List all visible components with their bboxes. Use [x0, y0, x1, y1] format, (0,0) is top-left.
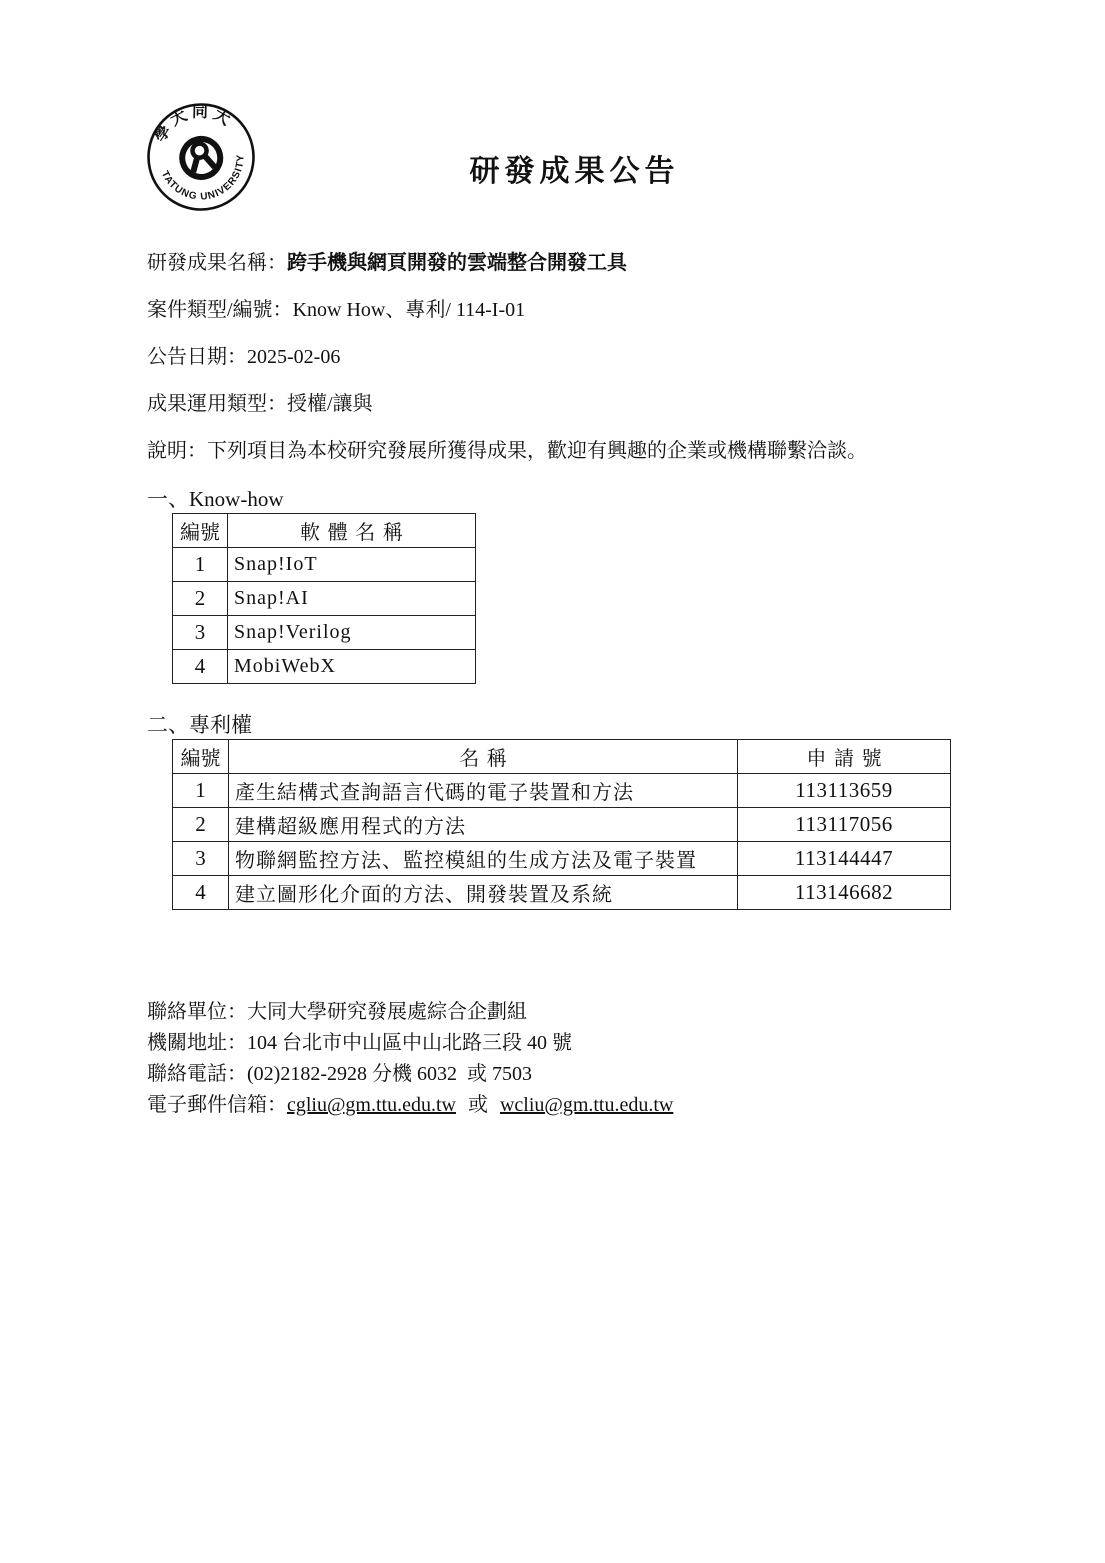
- email-link-cgliu[interactable]: cgliu@gm.ttu.edu.tw: [287, 1094, 456, 1116]
- knowhow-table: 編號 軟體名稱 1 Snap!IoT 2 Snap!AI 3 Snap!Veri…: [172, 513, 476, 684]
- patent-appno-cell: 113144447: [738, 842, 951, 876]
- note-line: 說明：下列項目為本校研究發展所獲得成果，歡迎有興趣的企業或機構聯繫洽談。: [147, 440, 958, 462]
- knowhow-id-cell: 4: [173, 650, 228, 684]
- usage-type-label: 成果運用類型：: [147, 393, 287, 415]
- page-title: 研發成果公告: [22, 153, 1105, 191]
- contact-email-line: 電子郵件信箱：cgliu@gm.ttu.edu.tw或wcliu@gm.ttu.…: [147, 1090, 958, 1121]
- knowhow-name-cell: Snap!Verilog: [228, 616, 476, 650]
- contact-address-line: 機關地址：104 台北市中山區中山北路三段 40 號: [147, 1028, 958, 1059]
- knowhow-name-cell: Snap!AI: [228, 582, 476, 616]
- knowhow-id-cell: 3: [173, 616, 228, 650]
- email-separator: 或: [468, 1094, 488, 1116]
- result-name-label: 研發成果名稱：: [147, 252, 287, 274]
- result-name-value: 跨手機與網頁開發的雲端整合開發工具: [287, 252, 627, 274]
- case-type-value: Know How、專利/ 114-I-01: [293, 299, 526, 321]
- contact-phone-line: 聯絡電話：(02)2182-2928 分機 6032 或 7503: [147, 1059, 958, 1090]
- contact-unit-value: 大同大學研究發展處綜合企劃組: [247, 1001, 527, 1023]
- knowhow-id-cell: 2: [173, 582, 228, 616]
- knowhow-col-name-header: 軟體名稱: [228, 514, 476, 548]
- case-type-line: 案件類型/編號：Know How、專利/ 114-I-01: [147, 299, 958, 321]
- note-label: 說明：: [147, 440, 207, 462]
- table-row: 4 MobiWebX: [173, 650, 476, 684]
- table-row: 1 Snap!IoT: [173, 548, 476, 582]
- knowhow-id-cell: 1: [173, 548, 228, 582]
- patent-name-cell: 物聯網監控方法、監控模組的生成方法及電子裝置: [229, 842, 738, 876]
- knowhow-name-cell: Snap!IoT: [228, 548, 476, 582]
- knowhow-col-id-header: 編號: [173, 514, 228, 548]
- note-value: 下列項目為本校研究發展所獲得成果，歡迎有興趣的企業或機構聯繫洽談。: [207, 440, 867, 462]
- patents-col-appno-header: 申請號: [738, 740, 951, 774]
- announce-date-line: 公告日期：2025-02-06: [147, 346, 958, 368]
- patent-appno-cell: 113113659: [738, 774, 951, 808]
- patent-name-cell: 建構超級應用程式的方法: [229, 808, 738, 842]
- table-row: 3 Snap!Verilog: [173, 616, 476, 650]
- table-row: 2 Snap!AI: [173, 582, 476, 616]
- table-row: 1 產生結構式查詢語言代碼的電子裝置和方法 113113659: [173, 774, 951, 808]
- contact-email-label: 電子郵件信箱：: [147, 1094, 287, 1116]
- patent-appno-cell: 113117056: [738, 808, 951, 842]
- patents-section-heading: 二、專利權: [147, 713, 958, 737]
- patents-col-id-header: 編號: [173, 740, 229, 774]
- knowhow-section-heading: 一、Know-how: [147, 487, 958, 511]
- contact-block: 聯絡單位：大同大學研究發展處綜合企劃組 機關地址：104 台北市中山區中山北路三…: [147, 997, 958, 1121]
- email-link-wcliu[interactable]: wcliu@gm.ttu.edu.tw: [500, 1094, 673, 1116]
- patent-appno-cell: 113146682: [738, 876, 951, 910]
- case-type-label: 案件類型/編號：: [147, 299, 293, 321]
- usage-type-line: 成果運用類型：授權/讓與: [147, 393, 958, 415]
- table-row: 2 建構超級應用程式的方法 113117056: [173, 808, 951, 842]
- patent-id-cell: 1: [173, 774, 229, 808]
- contact-address-value: 104 台北市中山區中山北路三段 40 號: [247, 1032, 572, 1054]
- announce-date-value: 2025-02-06: [247, 346, 340, 368]
- knowhow-header-row: 編號 軟體名稱: [173, 514, 476, 548]
- patent-name-cell: 產生結構式查詢語言代碼的電子裝置和方法: [229, 774, 738, 808]
- patents-header-row: 編號 名稱 申請號: [173, 740, 951, 774]
- patent-id-cell: 3: [173, 842, 229, 876]
- patents-table: 編號 名稱 申請號 1 產生結構式查詢語言代碼的電子裝置和方法 11311365…: [172, 739, 951, 910]
- contact-address-label: 機關地址：: [147, 1032, 247, 1054]
- patent-name-cell: 建立圖形化介面的方法、開發裝置及系統: [229, 876, 738, 910]
- document-header: 學大同大 TATUNG UNIVERSITY 研發成果公告: [0, 0, 1105, 240]
- result-name-line: 研發成果名稱：跨手機與網頁開發的雲端整合開發工具: [147, 252, 958, 274]
- contact-phone-label: 聯絡電話：: [147, 1063, 247, 1085]
- patent-id-cell: 2: [173, 808, 229, 842]
- table-row: 4 建立圖形化介面的方法、開發裝置及系統 113146682: [173, 876, 951, 910]
- announce-date-label: 公告日期：: [147, 346, 247, 368]
- contact-phone-value: (02)2182-2928 分機 6032 或 7503: [247, 1063, 532, 1085]
- contact-unit-line: 聯絡單位：大同大學研究發展處綜合企劃組: [147, 997, 958, 1028]
- patents-col-name-header: 名稱: [229, 740, 738, 774]
- table-row: 3 物聯網監控方法、監控模組的生成方法及電子裝置 113144447: [173, 842, 951, 876]
- contact-unit-label: 聯絡單位：: [147, 1001, 247, 1023]
- patent-id-cell: 4: [173, 876, 229, 910]
- document-body: 研發成果名稱：跨手機與網頁開發的雲端整合開發工具 案件類型/編號：Know Ho…: [147, 240, 958, 1121]
- knowhow-name-cell: MobiWebX: [228, 650, 476, 684]
- document-page: 學大同大 TATUNG UNIVERSITY 研發成果公告 研發成果名稱：跨手機…: [0, 0, 1105, 1563]
- usage-type-value: 授權/讓與: [287, 393, 373, 415]
